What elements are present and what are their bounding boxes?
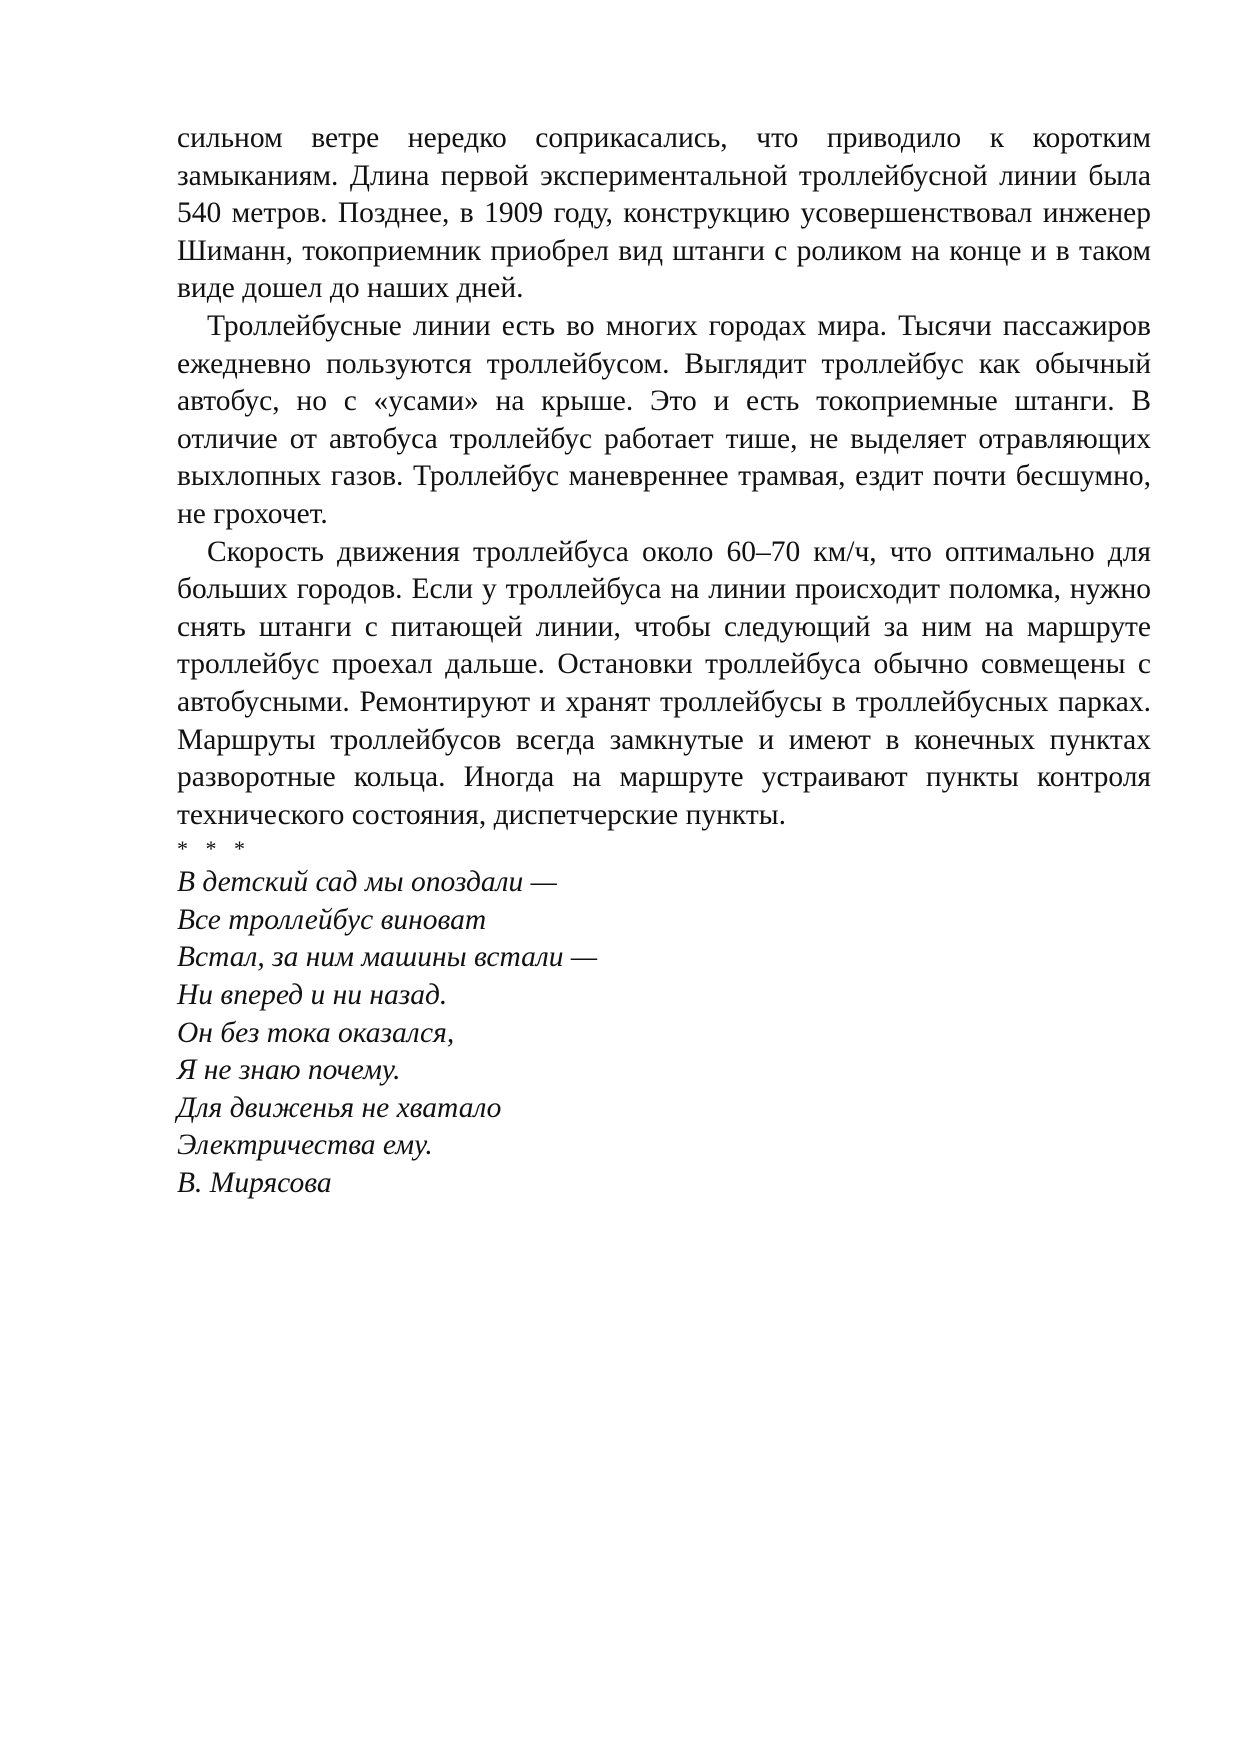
document-page: сильном ветре нередко соприкасались, что… [177, 120, 1151, 1203]
poem-line: Для движенья не хватало [177, 1090, 1151, 1128]
paragraph-1: сильном ветре нередко соприкасались, что… [177, 120, 1151, 308]
paragraph-3: Скорость движения троллейбуса около 60–7… [177, 534, 1151, 835]
poem: В детский сад мы опоздали — Все троллейб… [177, 864, 1151, 1165]
paragraph-2: Троллейбусные линии есть во многих город… [177, 308, 1151, 534]
poem-line: Ни вперед и ни назад. [177, 977, 1151, 1015]
poem-line: В детский сад мы опоздали — [177, 864, 1151, 902]
poem-line: Все троллейбус виноват [177, 902, 1151, 940]
poem-line: Он без тока оказался, [177, 1015, 1151, 1053]
poem-line: Я не знаю почему. [177, 1052, 1151, 1090]
section-separator: * * * [177, 834, 1151, 864]
poem-author: В. Мирясова [177, 1165, 1151, 1203]
poem-line: Встал, за ним машины встали — [177, 939, 1151, 977]
poem-line: Электричества ему. [177, 1127, 1151, 1165]
